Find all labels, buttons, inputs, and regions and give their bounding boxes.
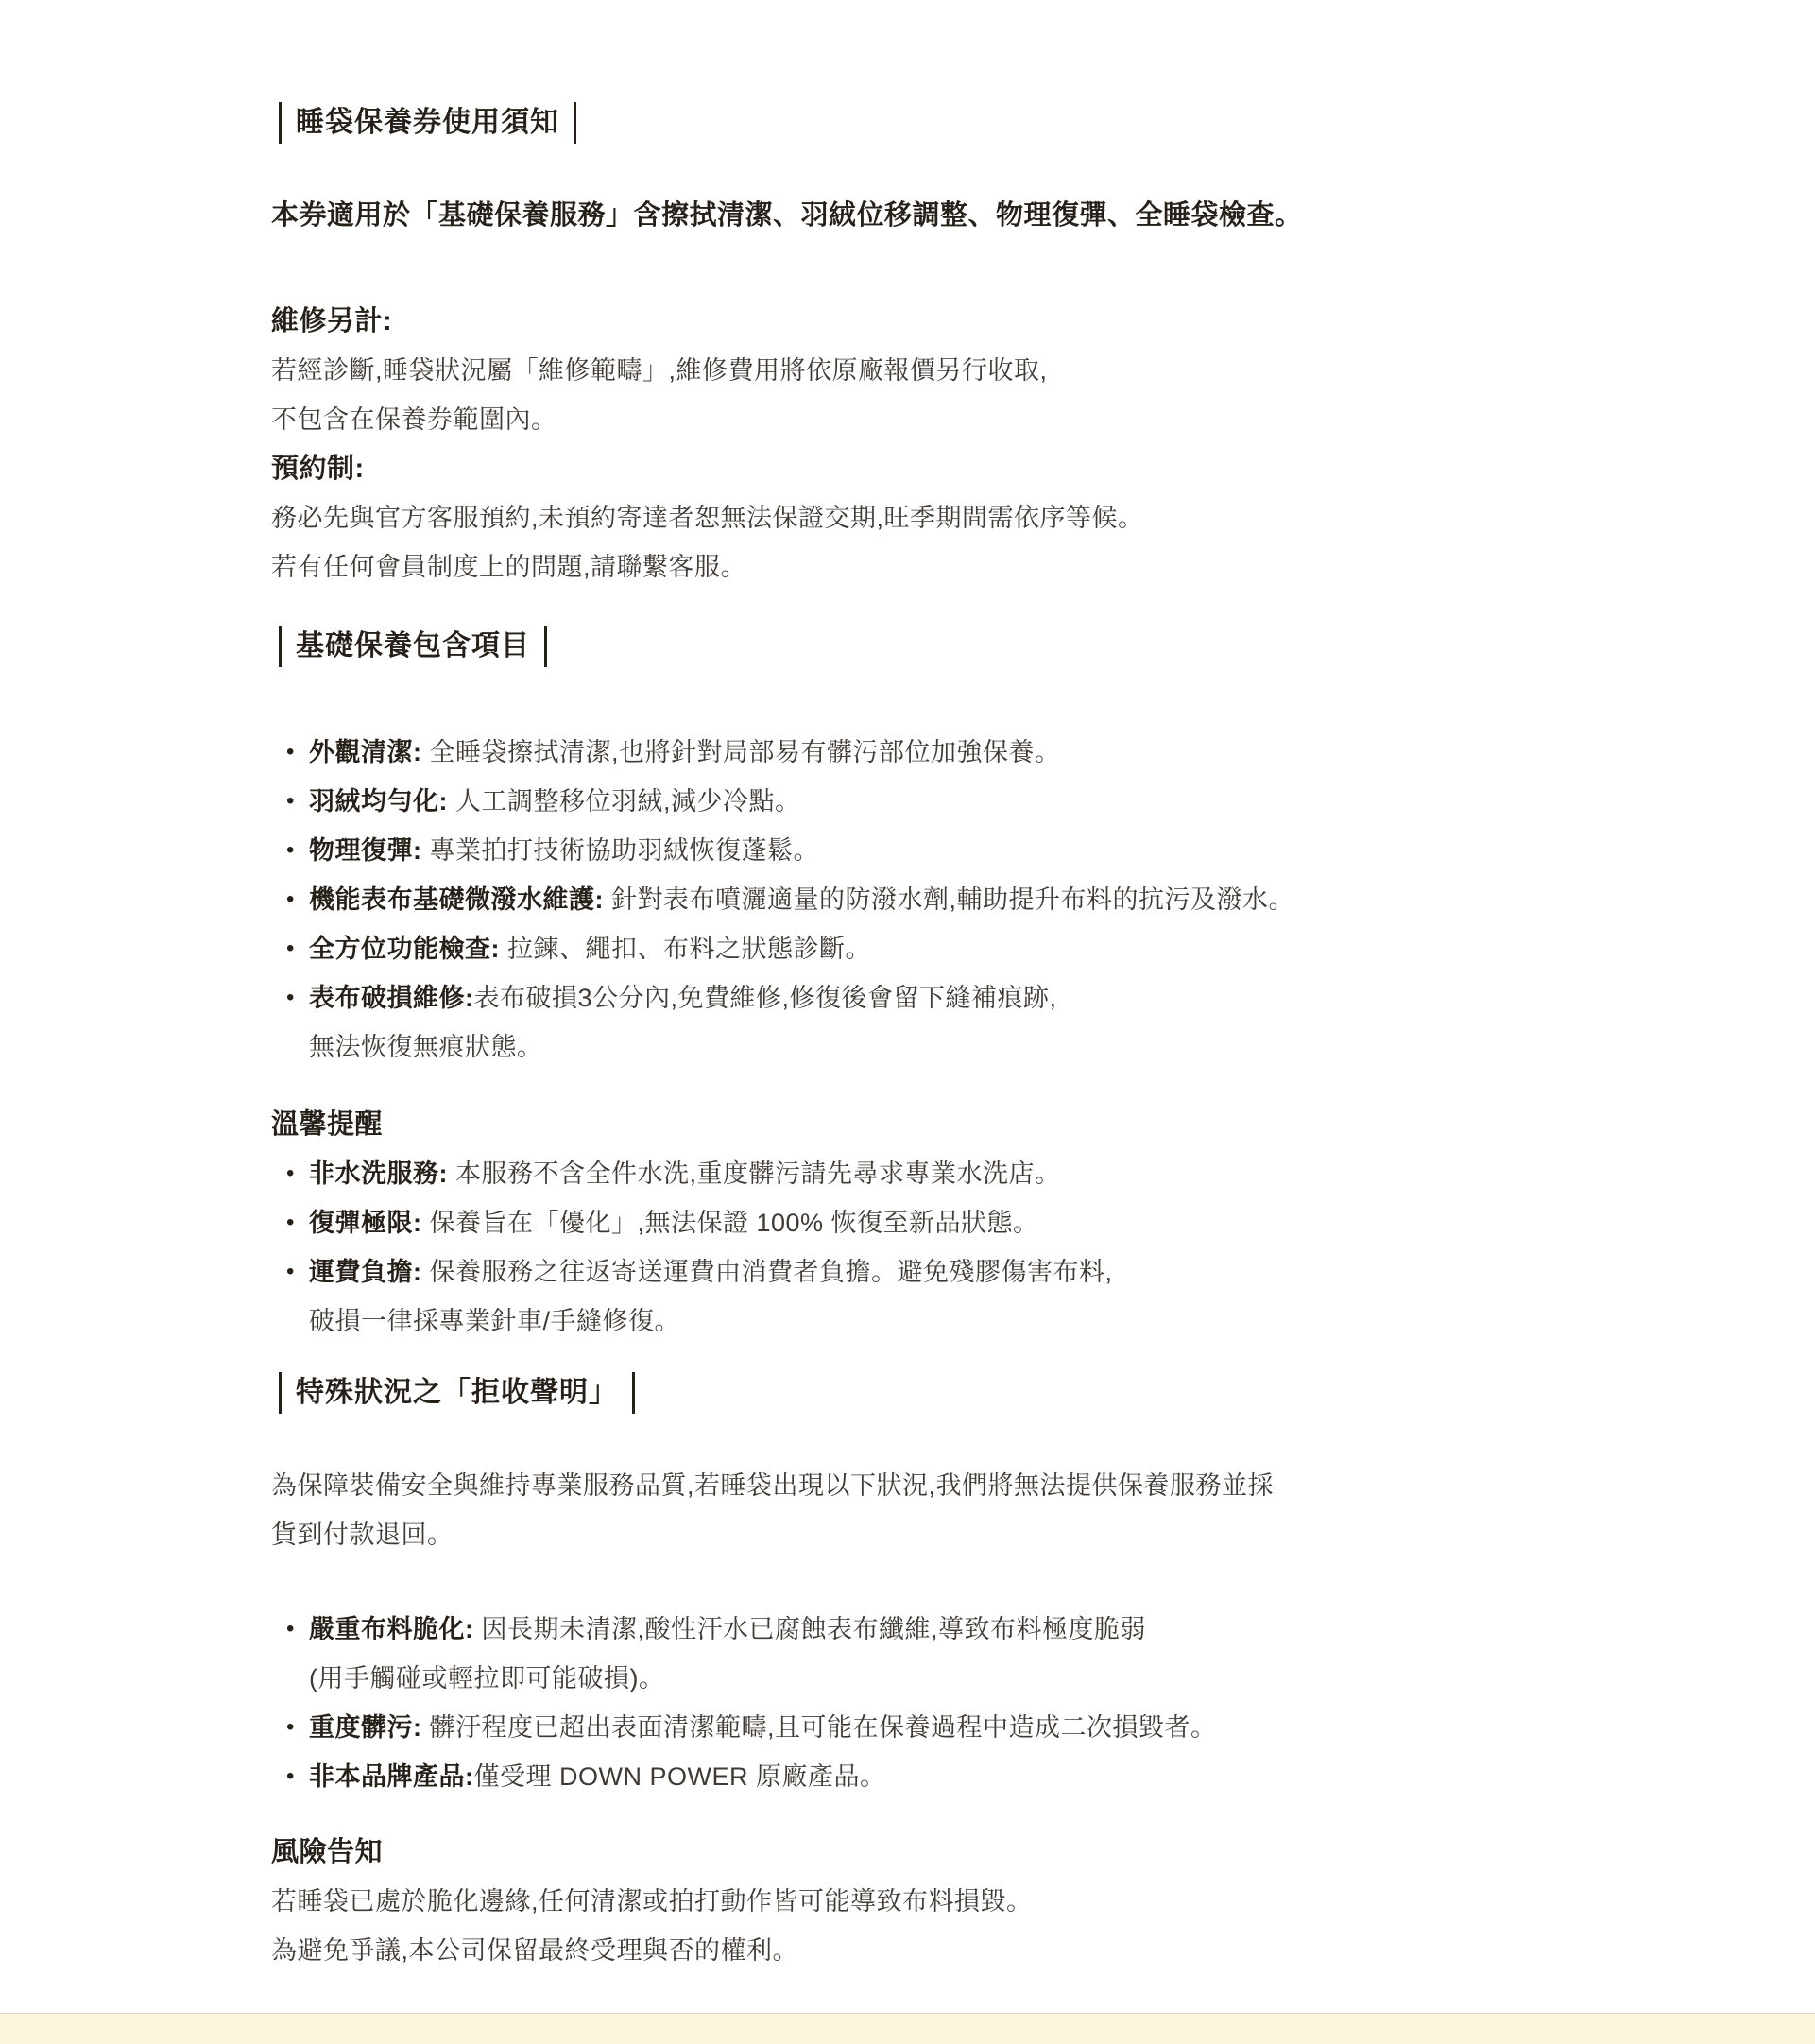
rejection-title: 特殊狀況之「拒收聲明」 xyxy=(279,1372,635,1414)
section-repair-and-reservation: 維修另計: 若經診斷,睡袋狀況屬「維修範疇」,維修費用將依原廠報價另行收取, 不… xyxy=(271,297,1613,592)
page-title: 睡袋保養券使用須知 xyxy=(279,102,576,144)
list-item: 重度髒污: 髒汙程度已超出表面清潔範疇,且可能在保養過程中造成二次損毀者。 xyxy=(271,1703,1613,1752)
list-item: 外觀清潔: 全睡袋擦拭清潔,也將針對局部易有髒污部位加強保養。 xyxy=(271,728,1613,777)
item-text: 針對表布噴灑適量的防潑水劑,輔助提升布料的抗污及潑水。 xyxy=(604,885,1294,914)
list-item: 物理復彈: 專業拍打技術協助羽絨恢復蓬鬆。 xyxy=(271,826,1613,875)
list-item: 非水洗服務: 本服務不含全件水洗,重度髒污請先尋求專業水洗店。 xyxy=(271,1149,1613,1198)
item-text: 因長期未清潔,酸性汗水已腐蝕表布纖維,導致布料極度脆弱 xyxy=(474,1615,1147,1643)
rejection-intro-line: 貨到付款退回。 xyxy=(271,1510,1613,1559)
reservation-line: 務必先與官方客服預約,未預約寄達者恕無法保證交期,旺季期間需依序等候。 xyxy=(271,493,1613,542)
basic-care-title-row: 基礎保養包含項目 xyxy=(271,626,1613,669)
list-item: 羽絨均勻化: 人工調整移位羽絨,減少冷點。 xyxy=(271,777,1613,826)
reservation-line: 若有任何會員制度上的問題,請聯繫客服。 xyxy=(271,542,1613,592)
item-text: 人工調整移位羽絨,減少冷點。 xyxy=(448,787,801,816)
page-title-row: 睡袋保養券使用須知 xyxy=(271,102,1613,146)
list-item: 非本品牌產品:僅受理 DOWN POWER 原廠產品。 xyxy=(271,1752,1613,1801)
item-text: 全睡袋擦拭清潔,也將針對局部易有髒污部位加強保養。 xyxy=(422,738,1061,766)
item-label: 機能表布基礎微潑水維護: xyxy=(309,885,604,914)
risk-line: 若睡袋已處於脆化邊緣,任何清潔或拍打動作皆可能導致布料損毀。 xyxy=(271,1877,1613,1926)
list-item: 機能表布基礎微潑水維護: 針對表布噴灑適量的防潑水劑,輔助提升布料的抗污及潑水。 xyxy=(271,875,1613,924)
list-item: 運費負擔: 保養服務之往返寄送運費由消費者負擔。避免殘膠傷害布料, xyxy=(271,1247,1613,1297)
item-label: 嚴重布料脆化: xyxy=(309,1615,474,1643)
item-continuation: 無法恢復無痕狀態。 xyxy=(271,1022,1613,1072)
rejection-intro: 為保障裝備安全與維持專業服務品質,若睡袋出現以下狀況,我們將無法提供保養服務並採… xyxy=(271,1461,1613,1559)
item-label: 羽絨均勻化: xyxy=(309,787,448,816)
list-item: 全方位功能檢查: 拉鍊、繩扣、布料之狀態診斷。 xyxy=(271,924,1613,973)
item-text: 表布破損3公分內,免費維修,修復後會留下縫補痕跡, xyxy=(474,984,1057,1012)
item-text: 本服務不含全件水洗,重度髒污請先尋求專業水洗店。 xyxy=(448,1159,1061,1188)
repair-heading: 維修另計: xyxy=(271,297,1613,346)
basic-care-list: 外觀清潔: 全睡袋擦拭清潔,也將針對局部易有髒污部位加強保養。 羽絨均勻化: 人… xyxy=(271,728,1613,1072)
item-label: 重度髒污: xyxy=(309,1713,422,1742)
item-continuation: (用手觸碰或輕拉即可能破損)。 xyxy=(271,1654,1613,1703)
list-item: 表布破損維修:表布破損3公分內,免費維修,修復後會留下縫補痕跡, xyxy=(271,973,1613,1022)
item-continuation: 破損一律採專業針車/手縫修復。 xyxy=(271,1297,1613,1346)
risk-line: 為避免爭議,本公司保留最終受理與否的權利。 xyxy=(271,1926,1613,1975)
item-text: 髒汙程度已超出表面清潔範疇,且可能在保養過程中造成二次損毀者。 xyxy=(422,1713,1217,1742)
section-reminder: 溫馨提醒 非水洗服務: 本服務不含全件水洗,重度髒污請先尋求專業水洗店。 復彈極… xyxy=(271,1100,1613,1346)
rejection-intro-line: 為保障裝備安全與維持專業服務品質,若睡袋出現以下狀況,我們將無法提供保養服務並採 xyxy=(271,1461,1613,1510)
item-label: 非本品牌產品: xyxy=(309,1762,474,1791)
rejection-title-row: 特殊狀況之「拒收聲明」 xyxy=(271,1372,1613,1416)
item-label: 非水洗服務: xyxy=(309,1159,448,1188)
item-text: 保養服務之往返寄送運費由消費者負擔。避免殘膠傷害布料, xyxy=(422,1258,1113,1286)
care-voucher-document: 睡袋保養券使用須知 本券適用於「基礎保養服務」含擦拭清潔、羽絨位移調整、物理復彈… xyxy=(0,0,1815,2044)
item-label: 復彈極限: xyxy=(309,1209,422,1237)
item-label: 外觀清潔: xyxy=(309,738,422,766)
reminder-heading: 溫馨提醒 xyxy=(271,1100,1613,1149)
item-text: 拉鍊、繩扣、布料之狀態診斷。 xyxy=(500,935,871,963)
item-label: 運費負擔: xyxy=(309,1258,422,1286)
reservation-heading: 預約制: xyxy=(271,444,1613,493)
document-content: 睡袋保養券使用須知 本券適用於「基礎保養服務」含擦拭清潔、羽絨位移調整、物理復彈… xyxy=(271,0,1613,1975)
basic-care-title: 基礎保養包含項目 xyxy=(279,626,547,667)
section-risk: 風險告知 若睡袋已處於脆化邊緣,任何清潔或拍打動作皆可能導致布料損毀。 為避免爭… xyxy=(271,1828,1613,1975)
item-label: 物理復彈: xyxy=(309,836,422,865)
item-label: 全方位功能檢查: xyxy=(309,935,500,963)
footer-strip xyxy=(0,2013,1815,2044)
intro-paragraph: 本券適用於「基礎保養服務」含擦拭清潔、羽絨位移調整、物理復彈、全睡袋檢查。 xyxy=(271,195,1613,236)
repair-line: 若經診斷,睡袋狀況屬「維修範疇」,維修費用將依原廠報價另行收取, xyxy=(271,346,1613,395)
item-text: 保養旨在「優化」,無法保證 100% 恢復至新品狀態。 xyxy=(422,1209,1039,1237)
rejection-list: 嚴重布料脆化: 因長期未清潔,酸性汗水已腐蝕表布纖維,導致布料極度脆弱 (用手觸… xyxy=(271,1605,1613,1801)
risk-heading: 風險告知 xyxy=(271,1828,1613,1877)
item-text: 專業拍打技術協助羽絨恢復蓬鬆。 xyxy=(422,836,820,865)
list-item: 復彈極限: 保養旨在「優化」,無法保證 100% 恢復至新品狀態。 xyxy=(271,1198,1613,1247)
list-item: 嚴重布料脆化: 因長期未清潔,酸性汗水已腐蝕表布纖維,導致布料極度脆弱 xyxy=(271,1605,1613,1654)
repair-line: 不包含在保養券範圍內。 xyxy=(271,395,1613,444)
item-text: 僅受理 DOWN POWER 原廠產品。 xyxy=(474,1762,886,1791)
item-label: 表布破損維修: xyxy=(309,984,474,1012)
